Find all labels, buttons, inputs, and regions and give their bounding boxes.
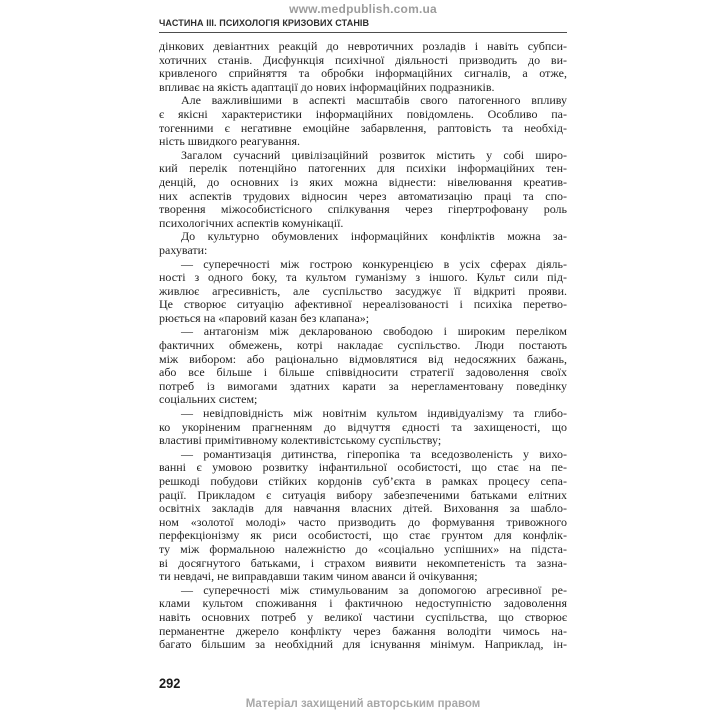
- body-line: є якісні характеристики інформаційних по…: [159, 108, 567, 122]
- body-line: рахувати:: [159, 244, 567, 258]
- body-line: них аспектів трудових відносин через авт…: [159, 190, 567, 204]
- paragraph: дінкових девіантних реакцій до невротичн…: [159, 40, 567, 94]
- paragraph: Але важливішими в аспекті масштабів свог…: [159, 94, 567, 148]
- body-line: хотичних станів. Дисфункція психічної ді…: [159, 54, 567, 68]
- body-line: ність швидкого реагування.: [159, 135, 567, 149]
- body-line: впливає на якість адаптації до нових інф…: [159, 81, 567, 95]
- body-line: ві досягнутого батьками, і страхом вияви…: [159, 557, 567, 571]
- paragraph: До культурно обумовлених інформаційних к…: [159, 230, 567, 257]
- body-line: навіть основних потреб у великої частини…: [159, 611, 567, 625]
- body-line: творення міжособистісного спілкування че…: [159, 203, 567, 217]
- body-line: денцій, до основних із яких можна віднес…: [159, 176, 567, 190]
- body-line: рації. Прикладом є ситуація вибору забез…: [159, 489, 567, 503]
- body-line: соціальних систем;: [159, 393, 567, 407]
- body-line: — суперечності між стимульованим за допо…: [159, 584, 567, 598]
- body-line: Але важливішими в аспекті масштабів свог…: [159, 94, 567, 108]
- body-line: ко укоріненим прагненням до відчуття єдн…: [159, 421, 567, 435]
- body-line: рюється на «паровий казан без клапана»;: [159, 312, 567, 326]
- body-line: багато більшим за необхідний для існуван…: [159, 638, 567, 652]
- body-line: Загалом сучасний цивілізаційний розвиток…: [159, 149, 567, 163]
- body-line: решкоді побудови стійких кордонів суб’єк…: [159, 475, 567, 489]
- body-line: властиві примітивному колективістському …: [159, 434, 567, 448]
- body-line: фактичних обмежень, котрі накладає суспі…: [159, 339, 567, 353]
- body-line: — антагонізм між декларованою свободою і…: [159, 325, 567, 339]
- paragraph: Загалом сучасний цивілізаційний розвиток…: [159, 149, 567, 231]
- body-line: — суперечності між гострою конкуренцією …: [159, 258, 567, 272]
- body-line: ти невдачі, не виправдавши таким чином а…: [159, 570, 567, 584]
- body-line: кий перелік потенційно патогенних для пс…: [159, 162, 567, 176]
- body-line: кривленого сприйняття та обробки інформа…: [159, 67, 567, 81]
- body-line: — невідповідність між новітнім культом і…: [159, 407, 567, 421]
- copyright-notice: Матеріал захищений авторським правом: [159, 698, 567, 710]
- body-line: дінкових девіантних реакцій до невротичн…: [159, 40, 567, 54]
- paragraph: — суперечності між гострою конкуренцією …: [159, 258, 567, 326]
- body-line: ном «золотої молоді» часто призводить до…: [159, 516, 567, 530]
- body-line: живлює агресивність, але суспільство зас…: [159, 285, 567, 299]
- body-line: перманентне джерело конфлікту через бажа…: [159, 625, 567, 639]
- book-page: www.medpublish.com.ua ЧАСТИНА III. ПСИХО…: [0, 0, 720, 720]
- page-number: 292: [159, 676, 180, 691]
- paragraph: — невідповідність між новітнім культом і…: [159, 407, 567, 448]
- body-line: освітніх закладів для навчання власних д…: [159, 502, 567, 516]
- header-rule: [159, 32, 567, 33]
- body-line: перфекціонізму як риси особистості, що с…: [159, 529, 567, 543]
- paragraph: — романтизація дитинства, гіперопіка та …: [159, 448, 567, 584]
- body-line: ності з одного боку, та культом гуманізм…: [159, 271, 567, 285]
- running-head: ЧАСТИНА III. ПСИХОЛОГІЯ КРИЗОВИХ СТАНІВ: [159, 18, 547, 29]
- body-line: ту між формальною належністю до «соціаль…: [159, 543, 567, 557]
- body-line: тогенними є негативне емоційне забарвлен…: [159, 122, 567, 136]
- body-line: Це створює ситуацію афективної нереалізо…: [159, 298, 567, 312]
- body-text: дінкових девіантних реакцій до невротичн…: [159, 40, 567, 652]
- body-line: потреб із вимогами здатних карати за нер…: [159, 380, 567, 394]
- body-line: між вибором: або раціонально відмовлятис…: [159, 353, 567, 367]
- body-line: клами культом споживання і фактичною нед…: [159, 597, 567, 611]
- paragraph: — суперечності між стимульованим за допо…: [159, 584, 567, 652]
- watermark-url: www.medpublish.com.ua: [159, 2, 567, 16]
- paragraph: — антагонізм між декларованою свободою і…: [159, 325, 567, 407]
- body-line: До культурно обумовлених інформаційних к…: [159, 230, 567, 244]
- body-line: психологічних аспектів комунікації.: [159, 217, 567, 231]
- body-line: ванні є умовою розвитку інфантильної осо…: [159, 461, 567, 475]
- body-line: — романтизація дитинства, гіперопіка та …: [159, 448, 567, 462]
- body-line: або все більше і більше співвідносити ст…: [159, 366, 567, 380]
